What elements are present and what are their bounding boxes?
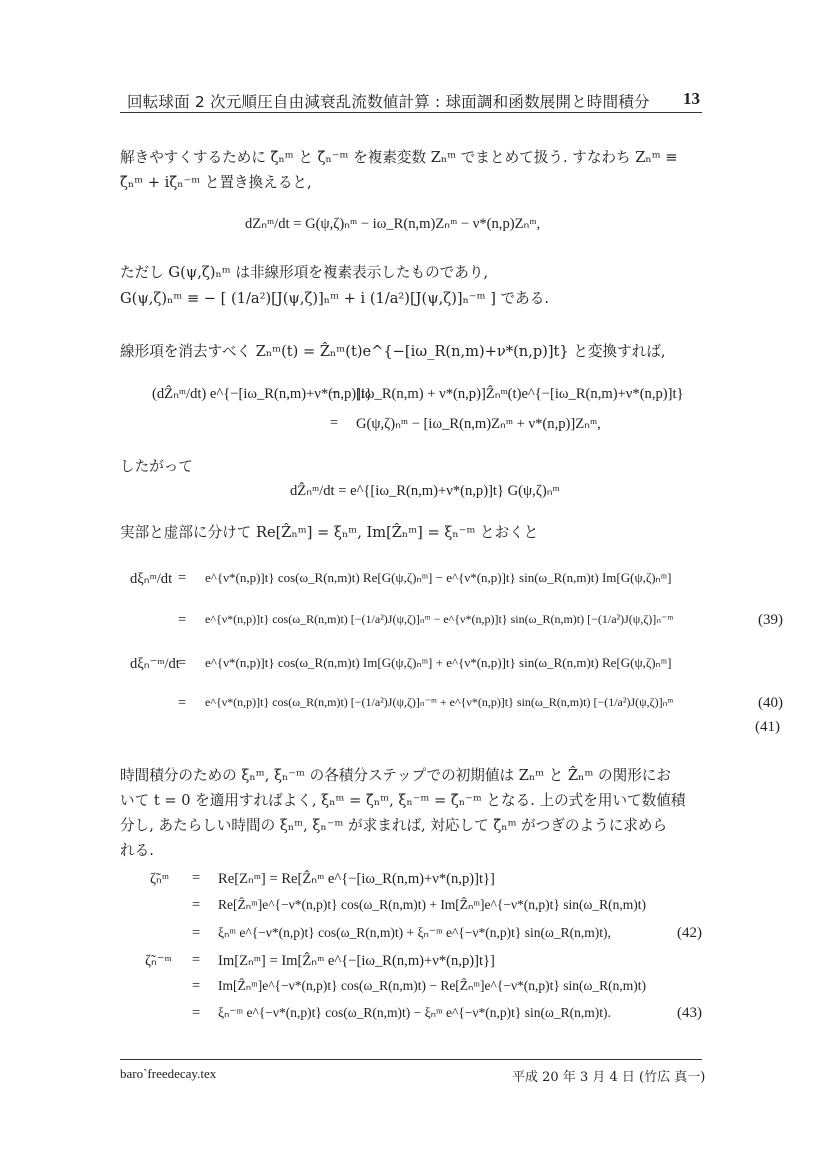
paragraph-1-line-1: 解きやすくするために ζ̃ₙᵐ と ζ̃ₙ⁻ᵐ を複素変数 Zₙᵐ でまとめて扱… [120, 146, 678, 167]
equation-43-line-2: Im[Ẑₙᵐ]e^{−ν*(n,p)t} cos(ω_R(n,m)t) − Re… [218, 978, 646, 994]
equation-43-eq-2: = [192, 978, 200, 995]
paragraph-3: 線形項を消去すべく Zₙᵐ(t) = Ẑₙᵐ(t)e^{−[iω_R(n,m)+… [120, 340, 666, 361]
page-number: 13 [683, 89, 700, 109]
equation-40-number: (40) [758, 695, 783, 712]
equation-43-line-3: ξₙ⁻ᵐ e^{−ν*(n,p)t} cos(ω_R(n,m)t) − ξₙᵐ … [218, 1005, 611, 1021]
equation-hat-rhs-2: G(ψ,ζ)ₙᵐ − [iω_R(n,m)Zₙᵐ + ν*(n,p)]Zₙᵐ, [356, 415, 601, 433]
equation-39-line-1: e^{ν*(n,p)]t} cos(ω_R(n,m)t) Re[G(ψ,ζ)ₙᵐ… [205, 570, 671, 586]
header-rule [120, 112, 702, 113]
equation-42-lhs: ζ̃ₙᵐ [150, 870, 169, 888]
equation-40-line-2: e^{ν*(n,p)]t} cos(ω_R(n,m)t) [−(1/a²)J(ψ… [205, 695, 673, 710]
equation-40-lhs: dξₙ⁻ᵐ/dt [130, 655, 180, 673]
equation-dZhat-dt: dẐₙᵐ/dt = e^{[iω_R(n,m)+ν*(n,p)]t} G(ψ,ζ… [290, 482, 560, 500]
paragraph-6-line-3: 分し, あたらしい時間の ξₙᵐ, ξₙ⁻ᵐ が求まれば, 対応して ζ̃ₙᵐ … [120, 814, 667, 835]
equation-39-lhs: dξₙᵐ/dt [130, 570, 172, 588]
footer-filename: baro`freedecay.tex [120, 1066, 216, 1082]
equation-dZ-dt: dZₙᵐ/dt = G(ψ,ζ)ₙᵐ − iω_R(n,m)Zₙᵐ − ν*(n… [245, 215, 540, 233]
paragraph-2-line-1: ただし G(ψ,ζ)ₙᵐ は非線形項を複素表示したものであり, [120, 261, 488, 282]
equation-42-number: (42) [677, 925, 702, 942]
running-header-title: 回転球面 2 次元順圧自由減衰乱流数値計算 : 球面調和函数展開と時間積分 [127, 90, 650, 112]
equation-39-eq-1: = [178, 570, 186, 587]
equation-hat-op-1: − [330, 385, 338, 402]
equation-40-line-1: e^{ν*(n,p)]t} cos(ω_R(n,m)t) Im[G(ψ,ζ)ₙᵐ… [205, 655, 671, 671]
equation-43-eq-3: = [192, 1005, 200, 1022]
equation-41-number: (41) [755, 719, 780, 736]
paragraph-4: したがって [120, 455, 193, 476]
equation-42-line-2: Re[Ẑₙᵐ]e^{−ν*(n,p)t} cos(ω_R(n,m)t) + Im… [218, 897, 646, 913]
equation-39-eq-2: = [178, 612, 186, 629]
equation-39-line-2: e^{ν*(n,p)]t} cos(ω_R(n,m)t) [−(1/a²)J(ψ… [205, 612, 673, 627]
equation-42-line-1: Re[Zₙᵐ] = Re[Ẑₙᵐ e^{−[iω_R(n,m)+ν*(n,p)]… [218, 870, 495, 888]
equation-43-number: (43) [677, 1005, 702, 1022]
equation-39-number: (39) [758, 612, 783, 629]
equation-43-lhs: ζ̃ₙ⁻ᵐ [145, 952, 172, 970]
paragraph-6-line-1: 時間積分のための ξₙᵐ, ξₙ⁻ᵐ の各積分ステップでの初期値は Zₙᵐ と … [120, 764, 671, 785]
paragraph-5: 実部と虚部に分けて Re[Ẑₙᵐ] = ξₙᵐ, Im[Ẑₙᵐ] = ξₙ⁻ᵐ … [120, 521, 538, 542]
equation-hat-rhs-1: [iω_R(n,m) + ν*(n,p)]Ẑₙᵐ(t)e^{−[iω_R(n,m… [356, 385, 684, 403]
paragraph-6-line-4: れる. [120, 839, 154, 860]
equation-43-eq-1: = [192, 952, 200, 969]
footer-date-author: 平成 20 年 3 月 4 日 (竹広 真一) [512, 1066, 705, 1085]
paragraph-6-line-2: いて t = 0 を適用すればよく, ξₙᵐ = ζ̃ₙᵐ, ξₙ⁻ᵐ = ζ̃… [120, 789, 685, 810]
equation-42-eq-2: = [192, 897, 200, 914]
equation-42-line-3: ξₙᵐ e^{−ν*(n,p)t} cos(ω_R(n,m)t) + ξₙ⁻ᵐ … [218, 925, 611, 941]
equation-43-line-1: Im[Zₙᵐ] = Im[Ẑₙᵐ e^{−[iω_R(n,m)+ν*(n,p)]… [218, 952, 495, 970]
footer-rule [120, 1059, 702, 1060]
paragraph-2-line-2: G(ψ,ζ)ₙᵐ ≡ − [ (1/a²)[J(ψ,ζ)]ₙᵐ + i (1/a… [120, 287, 549, 308]
paragraph-1-line-2: ζ̃ₙᵐ + iζ̃ₙ⁻ᵐ と置き換えると, [120, 171, 312, 192]
equation-hat-lhs: (dẐₙᵐ/dt) e^{−[iω_R(n,m)+ν*(n,p)]t} [152, 385, 372, 403]
equation-40-eq-1: = [178, 655, 186, 672]
equation-40-eq-2: = [178, 695, 186, 712]
equation-42-eq-3: = [192, 925, 200, 942]
equation-42-eq-1: = [192, 870, 200, 887]
equation-hat-op-2: = [330, 415, 338, 432]
